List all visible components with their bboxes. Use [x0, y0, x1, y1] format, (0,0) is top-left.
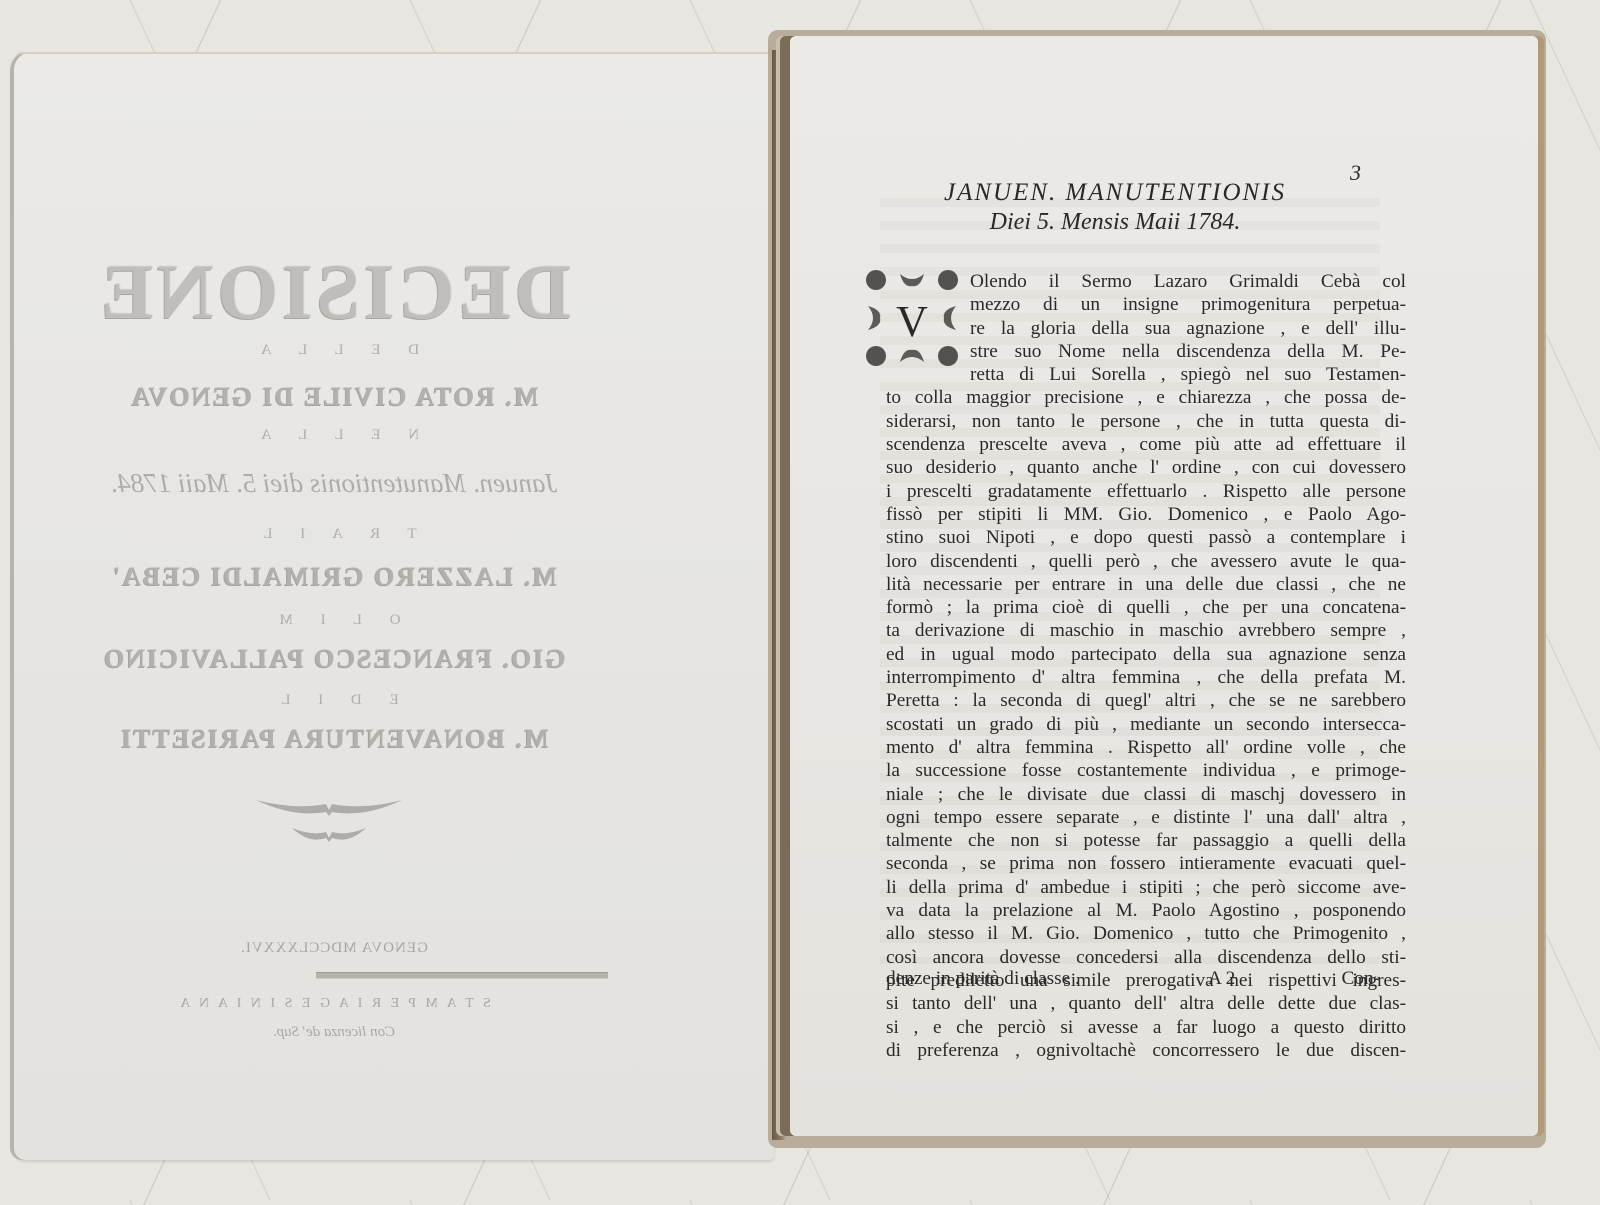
text-line: ed in ugual modo partecipato della sua a…	[886, 643, 1406, 666]
line-della: D E L L A	[74, 342, 594, 359]
line-tra: T R A I L	[74, 526, 594, 543]
text-line: allo stesso il M. Gio. Domenico , tutto …	[886, 922, 1406, 945]
text-line: seconda , se prima non fossero intierame…	[886, 852, 1406, 875]
body-text: Olendo il Sermo Lazaro Grimaldi Cebà col…	[886, 270, 1406, 1062]
signature-mark: A 2	[1208, 968, 1235, 990]
text-line: niale ; che le divisate due classi di ma…	[886, 783, 1406, 806]
left-page: DECISIONE D E L L A M. ROTA CIVILE DI GE…	[14, 52, 774, 1160]
text-line: Olendo il Sermo Lazaro Grimaldi Cebà col	[886, 270, 1406, 293]
page-footer: denze in parità di classe . A 2 Con-	[886, 968, 1380, 990]
text-line: mento d' altra femmina . Rispetto all' o…	[886, 736, 1406, 759]
text-line: interrompimento d' altra femmina , che d…	[886, 666, 1406, 689]
imprint-city: GENOVA MDCCLXXXVI.	[74, 940, 594, 957]
text-line: re la gloria della sua agnazione , e del…	[886, 317, 1406, 340]
text-line: loro discendenti , quelli però , che ave…	[886, 550, 1406, 573]
catchword: Con-	[1341, 968, 1380, 990]
text-line: si tanto dell' una , quanto dell' altra …	[886, 992, 1406, 1015]
ornament-icon	[254, 792, 404, 852]
line-rota: M. ROTA CIVILE DI GENOVA	[74, 382, 594, 412]
text-line: suo desiderio , quanto anche l' ordine ,…	[886, 456, 1406, 479]
text-line: ta derivazione di maschio in maschio avr…	[886, 619, 1406, 642]
title-page-show-through: DECISIONE D E L L A M. ROTA CIVILE DI GE…	[14, 52, 774, 1160]
line-olim: O L I M	[74, 612, 594, 629]
text-line: talmente che non si potesse far passaggi…	[886, 829, 1406, 852]
text-line: lità necessarie per entrare in una delle…	[886, 573, 1406, 596]
header-case-title: JANUEN. MANUTENTIONIS	[880, 178, 1350, 208]
text-line: si , e che perciò si avesse a far luogo …	[886, 1016, 1406, 1039]
imprint-printer: S T A M P E R I A G E S I N I A N A	[74, 996, 594, 1012]
line-party2: GIO. FRANCESCO PALLAVICINO	[74, 644, 594, 674]
text-line: formò ; la prima cioè di quelli , che pe…	[886, 596, 1406, 619]
spine	[772, 50, 786, 1140]
title-decisione: DECISIONE	[84, 247, 584, 337]
text-line: fissò per stipiti li MM. Gio. Domenico ,…	[886, 503, 1406, 526]
page-header: JANUEN. MANUTENTIONIS Diei 5. Mensis Mai…	[880, 178, 1350, 236]
imprint-rule	[316, 972, 608, 979]
text-line: ogni tempo essere separate , e distinte …	[886, 806, 1406, 829]
text-line: mezzo di un insigne primogenitura perpet…	[886, 293, 1406, 316]
line-nella: N E L L A	[74, 427, 594, 444]
text-line: Peretta : la seconda di quegl' altri , c…	[886, 689, 1406, 712]
text-line: la successione fosse costantemente indiv…	[886, 759, 1406, 782]
text-line: di preferenza , ognivoltachè concorresse…	[886, 1039, 1406, 1062]
last-text-line: denze in parità di classe .	[886, 968, 1080, 989]
text-line: i prescelti gradatamente effettuarlo . R…	[886, 480, 1406, 503]
line-party1: M. LAZZERO GRIMALDI CEBA'	[74, 562, 594, 592]
imprint-license: Con licenza de' Sup.	[74, 1024, 594, 1041]
text-line: stino suoi Nipoti , e dopo questi passò …	[886, 526, 1406, 549]
text-line: scostati un grado di più , mediante un s…	[886, 713, 1406, 736]
text-line: siderarsi, non tanto le persone , che in…	[886, 410, 1406, 433]
text-line: retta di Lui Sorella , spiegò nel suo Te…	[886, 363, 1406, 386]
line-case-name: Januen. Manutentionis diei 5. Maii 1784.	[74, 468, 594, 499]
text-line: to colla maggior precisione , e chiarezz…	[886, 386, 1406, 409]
text-line: così ancora dovesse concedersi alla disc…	[886, 946, 1406, 969]
text-line: scendenza prescelte aveva , come più att…	[886, 433, 1406, 456]
header-date: Diei 5. Mensis Maii 1784.	[880, 208, 1350, 236]
text-line: stre suo Nome nella discendenza della M.…	[886, 340, 1406, 363]
text-line: va data la prelazione al M. Paolo Agosti…	[886, 899, 1406, 922]
line-ed: E D I L	[74, 692, 594, 709]
text-line: li della prima d' ambedue i stipiti ; ch…	[886, 876, 1406, 899]
line-party3: M. BONAVENTURA PARISETTI	[74, 724, 594, 754]
page-number: 3	[1350, 160, 1361, 186]
